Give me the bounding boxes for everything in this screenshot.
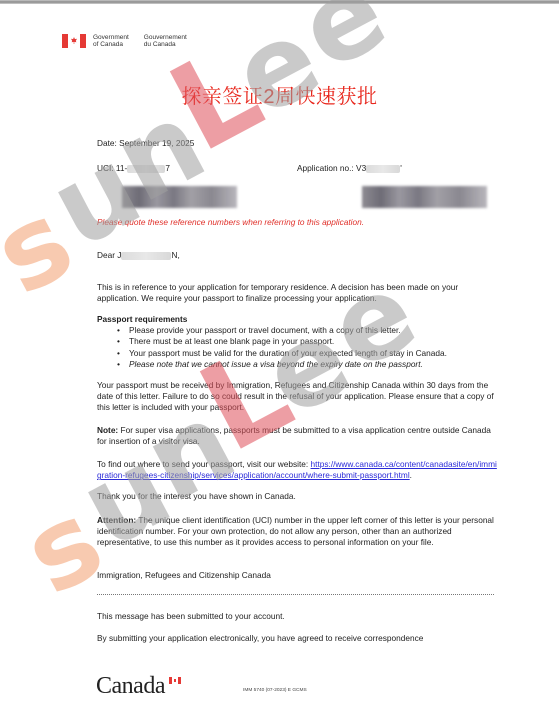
requirement-item: There must be at least one blank page in…	[129, 336, 497, 347]
requirement-item: Please note that we cannot issue a visa …	[129, 359, 497, 370]
application-redacted	[366, 165, 400, 173]
uci-barcode-redacted	[122, 186, 237, 208]
thanks-line: Thank you for the interest you have show…	[97, 491, 296, 502]
date-value: September 19, 2025	[119, 138, 194, 148]
note-paragraph: Note: For super visa applications, passp…	[97, 425, 497, 447]
passport-requirements: Passport requirements Please provide you…	[97, 314, 497, 370]
requirement-item: Your passport must be valid for the dura…	[129, 348, 497, 359]
canada-wordmark: Canada	[96, 673, 165, 700]
intro-paragraph: This is in reference to your application…	[97, 282, 497, 304]
note-label: Note:	[97, 425, 118, 435]
requirement-item: Please provide your passport or travel d…	[129, 325, 497, 336]
application-label: Application no.:	[297, 163, 354, 173]
requirements-list: Please provide your passport or travel d…	[97, 325, 497, 370]
salutation: Dear JN,	[97, 250, 180, 261]
application-line: Application no.: V3'	[297, 163, 402, 174]
attention-label: Attention:	[97, 515, 136, 525]
date-line: Date: September 19, 2025	[97, 138, 194, 149]
uci-redacted	[127, 165, 165, 173]
attention-paragraph: Attention: The unique client identificat…	[97, 515, 497, 549]
date-label: Date:	[97, 138, 117, 148]
uci-label: UCI:	[97, 163, 114, 173]
uci-line: UCI: 11-7	[97, 163, 170, 174]
electronic-note: By submitting your application electroni…	[97, 633, 423, 644]
name-redacted	[121, 252, 171, 260]
canada-flag-icon	[62, 34, 86, 48]
receipt-paragraph: Your passport must be received by Immigr…	[97, 380, 499, 414]
application-value-prefix: V3	[356, 163, 366, 173]
wordmark-flag-icon	[169, 677, 181, 684]
website-paragraph: To find out where to send your passport,…	[97, 459, 499, 481]
uci-value-prefix: 11-	[116, 163, 127, 173]
application-barcode-redacted	[362, 186, 487, 208]
letter-body: Date: September 19, 2025 UCI: 11-7 Appli…	[97, 0, 497, 728]
dotted-divider	[97, 594, 494, 595]
form-code: IMM 5740 (07-2023) E GCMS	[243, 688, 307, 693]
requirements-heading: Passport requirements	[97, 314, 497, 325]
reference-note: Please quote these reference numbers whe…	[97, 217, 364, 228]
signature: Immigration, Refugees and Citizenship Ca…	[97, 570, 271, 581]
submitted-note: This message has been submitted to your …	[97, 611, 285, 622]
watermark-letter: s	[0, 176, 92, 320]
